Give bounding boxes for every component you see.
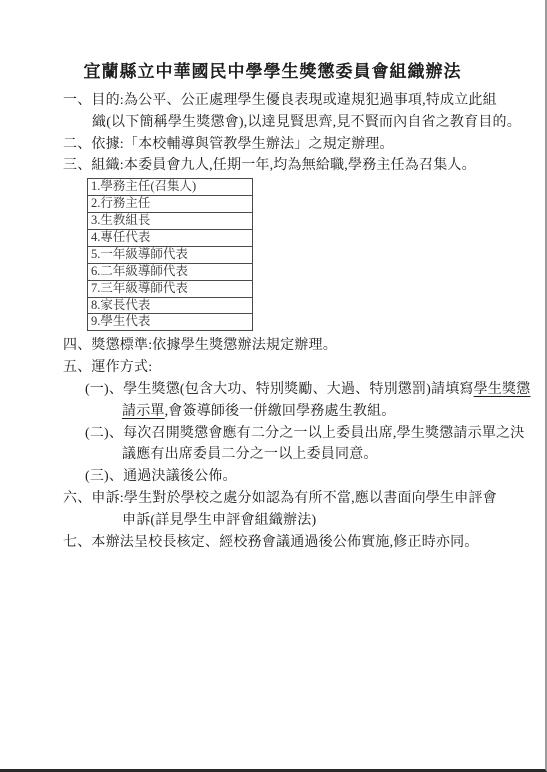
committee-member-7: 7.三年級導師代表 [88, 280, 253, 297]
committee-member-8: 8.家長代表 [88, 297, 253, 314]
item-5-1-line-2: 請示單,會簽導師後一併繳回學務處生教組。 [63, 401, 505, 423]
item-3-organization: 三、組織:本委員會九人,任期一年,均為無給職,學務主任為召集人。 [63, 155, 505, 177]
item-4-standards: 四、獎懲標準:依據學生獎懲辦法規定辦理。 [63, 335, 505, 357]
table-row: 4.專任代表 [88, 229, 253, 246]
item-5-1-line-1-text: (一)、學生獎懲(包含大功、特別獎勵、大過、特別懲罰)請填寫 [85, 382, 474, 397]
committee-member-3: 3.生教組長 [88, 213, 253, 230]
table-row: 7.三年級導師代表 [88, 280, 253, 297]
table-row: 6.二年級導師代表 [88, 263, 253, 280]
committee-member-9: 9.學生代表 [88, 314, 253, 331]
item-5-2-line-1: (二)、每次召開獎懲會應有二分之一以上委員出席,學生獎懲請示單之決 [63, 423, 505, 445]
committee-members-table: 1.學務主任(召集人) 2.行務主任 3.生教組長 4.專任代表 5.一年級導師… [87, 178, 253, 331]
committee-member-6: 6.二年級導師代表 [88, 263, 253, 280]
document-title: 宜蘭縣立中華國民中學學生獎懲委員會組織辦法 [0, 57, 545, 82]
committee-member-4: 4.專任代表 [88, 229, 253, 246]
table-row: 2.行務主任 [88, 196, 253, 213]
item-5-1-line-1: (一)、學生獎懲(包含大功、特別獎勵、大過、特別懲罰)請填寫學生獎懲 [63, 379, 505, 401]
document-page: 宜蘭縣立中華國民中學學生獎懲委員會組織辦法 一、目的:為公平、公正處理學生優良表… [0, 0, 547, 772]
table-row: 8.家長代表 [88, 297, 253, 314]
committee-member-1: 1.學務主任(召集人) [88, 179, 253, 196]
item-7-enactment: 七、本辦法呈校長核定、經校務會議通過後公佈實施,修正時亦同。 [63, 532, 505, 554]
item-1-purpose-line-1: 一、目的:為公平、公正處理學生優良表現或違規犯過事項,特成立此組 [63, 90, 505, 112]
item-5-1-form-name-part-1: 學生獎懲 [474, 382, 531, 397]
table-row: 5.一年級導師代表 [88, 246, 253, 263]
item-6-appeal-line-1: 六、申訴:學生對於學校之處分如認為有所不當,應以書面向學生申評會 [63, 488, 505, 510]
item-5-3: (三)、通過決議後公佈。 [63, 466, 505, 488]
table-row: 9.學生代表 [88, 314, 253, 331]
item-5-2-line-2: 議應有出席委員二分之一以上委員同意。 [63, 444, 505, 466]
item-2-basis: 二、依據:「本校輔導與管教學生辦法」之規定辦理。 [63, 134, 505, 156]
item-1-purpose-line-2: 織(以下簡稱學生獎懲會),以達見賢思齊,見不賢而內自省之教育目的。 [63, 112, 505, 134]
committee-member-2: 2.行務主任 [88, 196, 253, 213]
item-5-1-form-name-part-2: 請示單 [122, 404, 165, 419]
table-row: 3.生教組長 [88, 213, 253, 230]
committee-member-5: 5.一年級導師代表 [88, 246, 253, 263]
table-row: 1.學務主任(召集人) [88, 179, 253, 196]
item-5-operation: 五、運作方式: [63, 357, 505, 379]
document-body: 一、目的:為公平、公正處理學生優良表現或違規犯過事項,特成立此組 織(以下簡稱學… [63, 90, 505, 553]
item-6-appeal-line-2: 申訴(詳見學生申評會組織辦法) [63, 510, 505, 532]
item-5-1-line-2-text: ,會簽導師後一併繳回學務處生教組。 [165, 404, 396, 419]
